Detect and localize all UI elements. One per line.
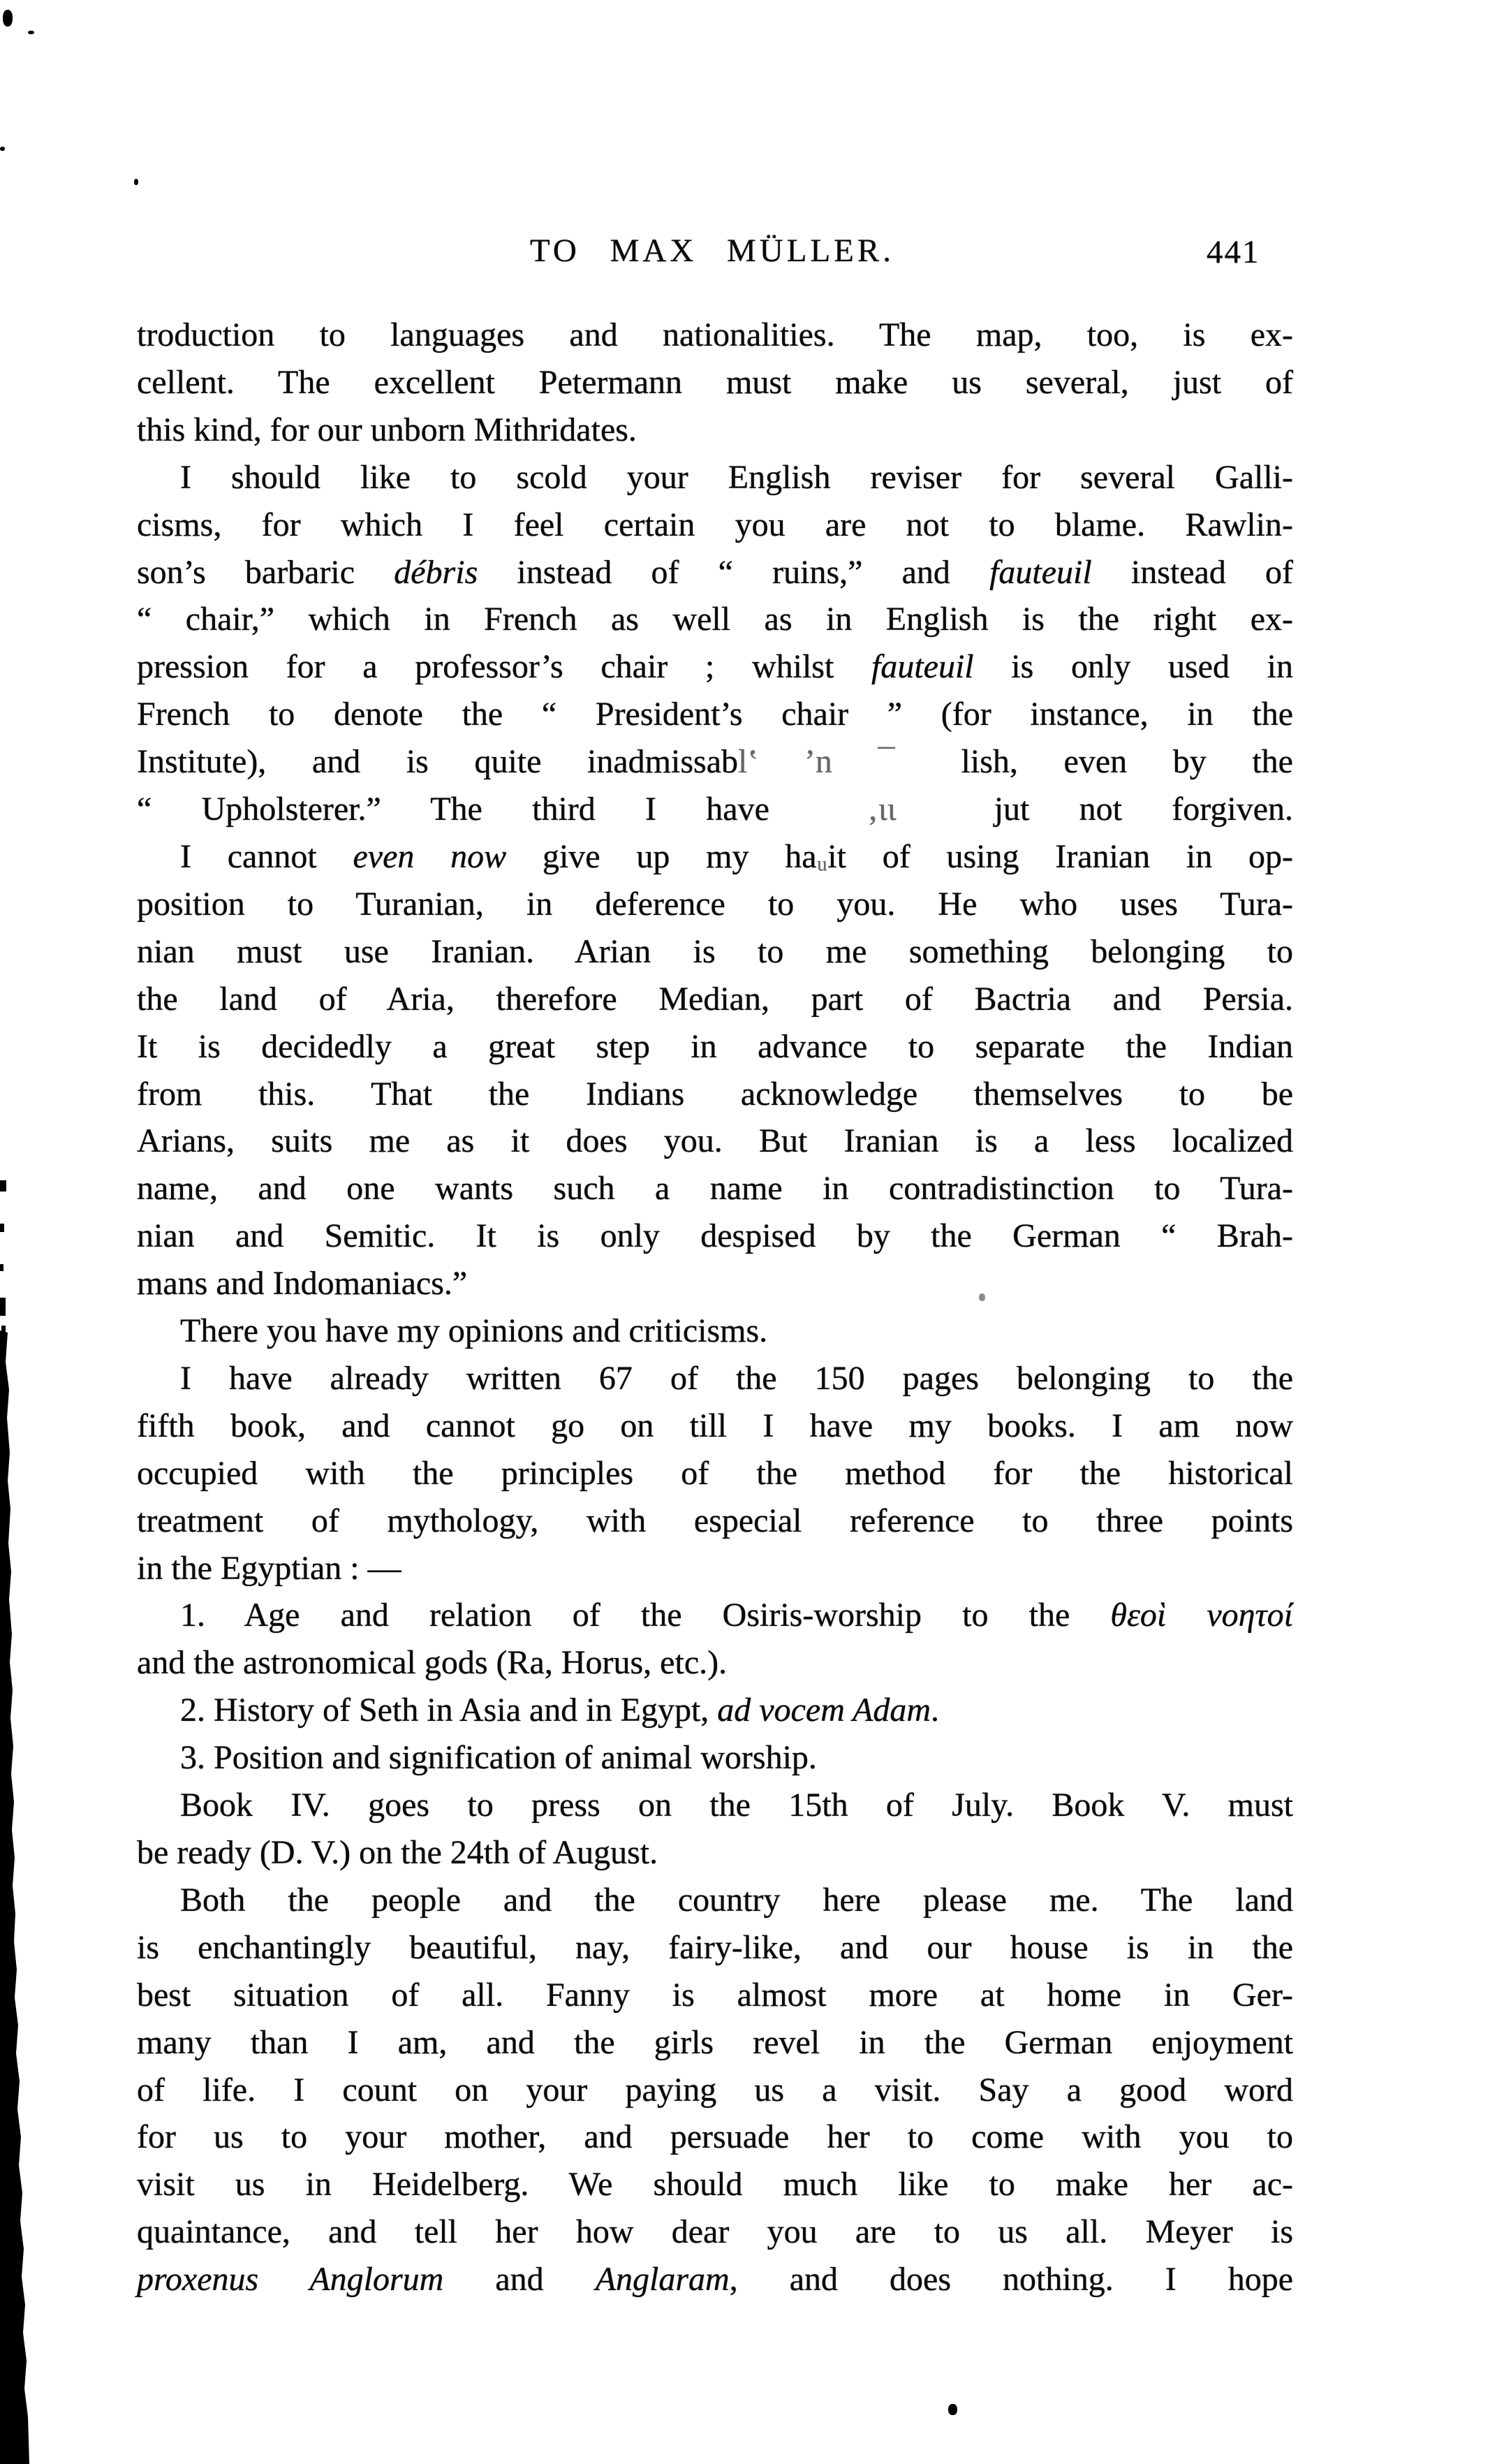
text-run: fauteuil bbox=[871, 648, 974, 685]
ink-speck bbox=[134, 179, 138, 185]
text-run: fauteuil bbox=[989, 554, 1092, 591]
text-run: lish, even by the bbox=[961, 743, 1293, 780]
faded-gap bbox=[769, 819, 867, 820]
ink-speck bbox=[948, 2404, 957, 2415]
text-run: jut not forgiven. bbox=[994, 791, 1293, 828]
text-run: in the Egyptian : — bbox=[137, 1550, 401, 1587]
text-run: and the astronomical gods (Ra, Horus, et… bbox=[137, 1644, 727, 1681]
faded-gap bbox=[897, 819, 994, 820]
text-run: pression for a professor’s chair ; whils… bbox=[137, 648, 871, 685]
text-line: Book IV. goes to press on the 15th of Ju… bbox=[137, 1782, 1293, 1829]
text-run: Book IV. goes to press on the 15th of Ju… bbox=[180, 1787, 1293, 1824]
running-header: TO MAX MÜLLER. 441 bbox=[0, 232, 1497, 288]
text-line: mans and Indomaniacs.” bbox=[137, 1260, 1293, 1307]
text-run: cisms, for which I feel certain you are … bbox=[137, 506, 1293, 543]
text-line: proxenus Anglorum and Anglaram, and does… bbox=[137, 2256, 1293, 2303]
text-line: Both the people and the country here ple… bbox=[137, 1877, 1293, 1924]
text-line: There you have my opinions and criticism… bbox=[137, 1307, 1293, 1355]
text-run: many than I am, and the girls revel in t… bbox=[137, 2024, 1293, 2061]
text-line: It is decidedly a great step in advance … bbox=[137, 1023, 1293, 1071]
text-line: 3. Position and signification of animal … bbox=[137, 1734, 1293, 1782]
text-run: Anglaram bbox=[596, 2261, 730, 2298]
text-line: for us to your mother, and persuade her … bbox=[137, 2113, 1293, 2161]
text-run: son’s barbaric bbox=[137, 554, 394, 591]
text-run: position to Turanian, in deference to yo… bbox=[137, 886, 1293, 923]
faded-text: l‛ ’n ¯ bbox=[738, 743, 895, 780]
text-run: quaintance, and tell her how dear you ar… bbox=[137, 2213, 1293, 2250]
text-line: pression for a professor’s chair ; whils… bbox=[137, 643, 1293, 691]
text-run: troduction to languages and nationalitie… bbox=[137, 316, 1293, 353]
gutter-shadow-artifact bbox=[0, 1180, 35, 2464]
text-line: of life. I count on your paying us a vis… bbox=[137, 2067, 1293, 2114]
page-number: 441 bbox=[1207, 233, 1260, 271]
text-line: Institute), and is quite inadmissabl‛ ’n… bbox=[137, 738, 1293, 786]
text-line: fifth book, and cannot go on till I have… bbox=[137, 1402, 1293, 1450]
text-run: be ready (D. V.) on the 24th of August. bbox=[137, 1834, 658, 1871]
text-run: nian and Semitic. It is only despised by… bbox=[137, 1217, 1293, 1254]
text-run: 1. Age and relation of the Osiris-worshi… bbox=[180, 1597, 1110, 1634]
text-run: θεοὶ νοητοί bbox=[1110, 1597, 1293, 1634]
text-run: name, and one wants such a name in contr… bbox=[137, 1170, 1293, 1207]
text-run: fifth book, and cannot go on till I have… bbox=[137, 1407, 1293, 1444]
text-run: and bbox=[443, 2261, 595, 2298]
text-run: ad vocem Adam bbox=[717, 1692, 931, 1729]
ink-speck bbox=[28, 31, 34, 34]
text-line: I should like to scold your English revi… bbox=[137, 454, 1293, 501]
text-line: many than I am, and the girls revel in t… bbox=[137, 2019, 1293, 2067]
text-run: instead of bbox=[1092, 554, 1293, 591]
text-run: proxenus Anglorum bbox=[137, 2261, 443, 2298]
text-line: “ chair,” which in French as well as in … bbox=[137, 596, 1293, 643]
text-line: cisms, for which I feel certain you are … bbox=[137, 501, 1293, 549]
text-line: cellent. The excellent Petermann must ma… bbox=[137, 359, 1293, 406]
text-run: occupied with the principles of the meth… bbox=[137, 1455, 1293, 1492]
text-line: visit us in Heidelberg. We should much l… bbox=[137, 2161, 1293, 2208]
text-line: French to denote the “ President’s chair… bbox=[137, 691, 1293, 738]
text-run: There you have my opinions and criticism… bbox=[180, 1312, 767, 1349]
text-run: I have already written 67 of the 150 pag… bbox=[180, 1360, 1293, 1397]
text-run: treatment of mythology, with especial re… bbox=[137, 1502, 1293, 1539]
text-run: it of using Iranian in op- bbox=[827, 838, 1293, 875]
text-run: French to denote the “ President’s chair… bbox=[137, 696, 1293, 733]
text-run: Institute), and is quite inadmissab bbox=[137, 743, 738, 780]
text-run: is only used in bbox=[974, 648, 1293, 685]
text-line: and the astronomical gods (Ra, Horus, et… bbox=[137, 1639, 1293, 1687]
text-line: is enchantingly beautiful, nay, fairy-li… bbox=[137, 1924, 1293, 1972]
text-run: 2. History of Seth in Asia and in Egypt, bbox=[180, 1692, 717, 1729]
text-line: Arians, suits me as it does you. But Ira… bbox=[137, 1117, 1293, 1165]
text-run: cellent. The excellent Petermann must ma… bbox=[137, 364, 1293, 401]
text-run: nian must use Iranian. Arian is to me so… bbox=[137, 933, 1293, 970]
text-run: . bbox=[931, 1692, 939, 1729]
text-line: treatment of mythology, with especial re… bbox=[137, 1497, 1293, 1545]
page-title: TO MAX MÜLLER. bbox=[328, 232, 1096, 270]
text-line: the land of Aria, therefore Median, part… bbox=[137, 976, 1293, 1023]
text-line: best situation of all. Fanny is almost m… bbox=[137, 1972, 1293, 2019]
text-run: this kind, for our unborn Mithridates. bbox=[137, 411, 637, 448]
text-run: Arians, suits me as it does you. But Ira… bbox=[137, 1122, 1293, 1159]
text-run: of life. I count on your paying us a vis… bbox=[137, 2071, 1293, 2109]
text-run: give up my ha bbox=[506, 838, 816, 875]
text-line: this kind, for our unborn Mithridates. bbox=[137, 406, 1293, 454]
body-text: troduction to languages and nationalitie… bbox=[137, 311, 1293, 2303]
text-run: is enchantingly beautiful, nay, fairy-li… bbox=[137, 1929, 1293, 1966]
ink-speck bbox=[979, 1293, 985, 1301]
text-run: It is decidedly a great step in advance … bbox=[137, 1028, 1293, 1065]
faded-gap bbox=[895, 771, 961, 772]
text-run: best situation of all. Fanny is almost m… bbox=[137, 1977, 1293, 2014]
text-run: visit us in Heidelberg. We should much l… bbox=[137, 2166, 1293, 2203]
text-run: from this. That the Indians acknowledge … bbox=[137, 1076, 1293, 1113]
text-line: be ready (D. V.) on the 24th of August. bbox=[137, 1829, 1293, 1877]
text-run: the land of Aria, therefore Median, part… bbox=[137, 981, 1293, 1018]
text-line: position to Turanian, in deference to yo… bbox=[137, 881, 1293, 928]
text-line: son’s barbaric débris instead of “ ruins… bbox=[137, 549, 1293, 596]
text-line: “ Upholsterer.” The third I have‚ιιjut n… bbox=[137, 786, 1293, 833]
text-line: 1. Age and relation of the Osiris-worshi… bbox=[137, 1592, 1293, 1639]
text-run: “ chair,” which in French as well as in … bbox=[137, 601, 1293, 638]
text-line: I have already written 67 of the 150 pag… bbox=[137, 1355, 1293, 1402]
text-run: mans and Indomaniacs.” bbox=[137, 1265, 467, 1302]
text-line: I cannot even now give up my haᵤit of us… bbox=[137, 833, 1293, 881]
text-line: occupied with the principles of the meth… bbox=[137, 1450, 1293, 1497]
text-run: 3. Position and signification of animal … bbox=[180, 1739, 817, 1776]
faded-text: ᵤ bbox=[817, 838, 828, 875]
text-run: instead of “ ruins,” and bbox=[478, 554, 989, 591]
text-run: I should like to scold your English revi… bbox=[180, 459, 1293, 496]
scanned-book-page: TO MAX MÜLLER. 441 troduction to languag… bbox=[0, 0, 1497, 2464]
text-line: in the Egyptian : — bbox=[137, 1545, 1293, 1592]
text-run: I cannot bbox=[180, 838, 353, 875]
faded-text: ‚ιι bbox=[867, 791, 897, 828]
text-run: débris bbox=[394, 554, 478, 591]
text-line: from this. That the Indians acknowledge … bbox=[137, 1071, 1293, 1118]
text-run: , and does nothing. I hope bbox=[730, 2261, 1293, 2298]
text-line: 2. History of Seth in Asia and in Egypt,… bbox=[137, 1687, 1293, 1734]
text-line: quaintance, and tell her how dear you ar… bbox=[137, 2208, 1293, 2256]
text-run: “ Upholsterer.” The third I have bbox=[137, 791, 769, 828]
ink-speck bbox=[0, 147, 5, 151]
text-line: nian must use Iranian. Arian is to me so… bbox=[137, 928, 1293, 976]
text-run: even now bbox=[353, 838, 506, 875]
text-run: Both the people and the country here ple… bbox=[180, 1882, 1293, 1919]
text-line: troduction to languages and nationalitie… bbox=[137, 311, 1293, 359]
ink-speck bbox=[3, 10, 13, 27]
text-run: for us to your mother, and persuade her … bbox=[137, 2118, 1293, 2155]
text-line: name, and one wants such a name in contr… bbox=[137, 1165, 1293, 1212]
text-line: nian and Semitic. It is only despised by… bbox=[137, 1212, 1293, 1260]
